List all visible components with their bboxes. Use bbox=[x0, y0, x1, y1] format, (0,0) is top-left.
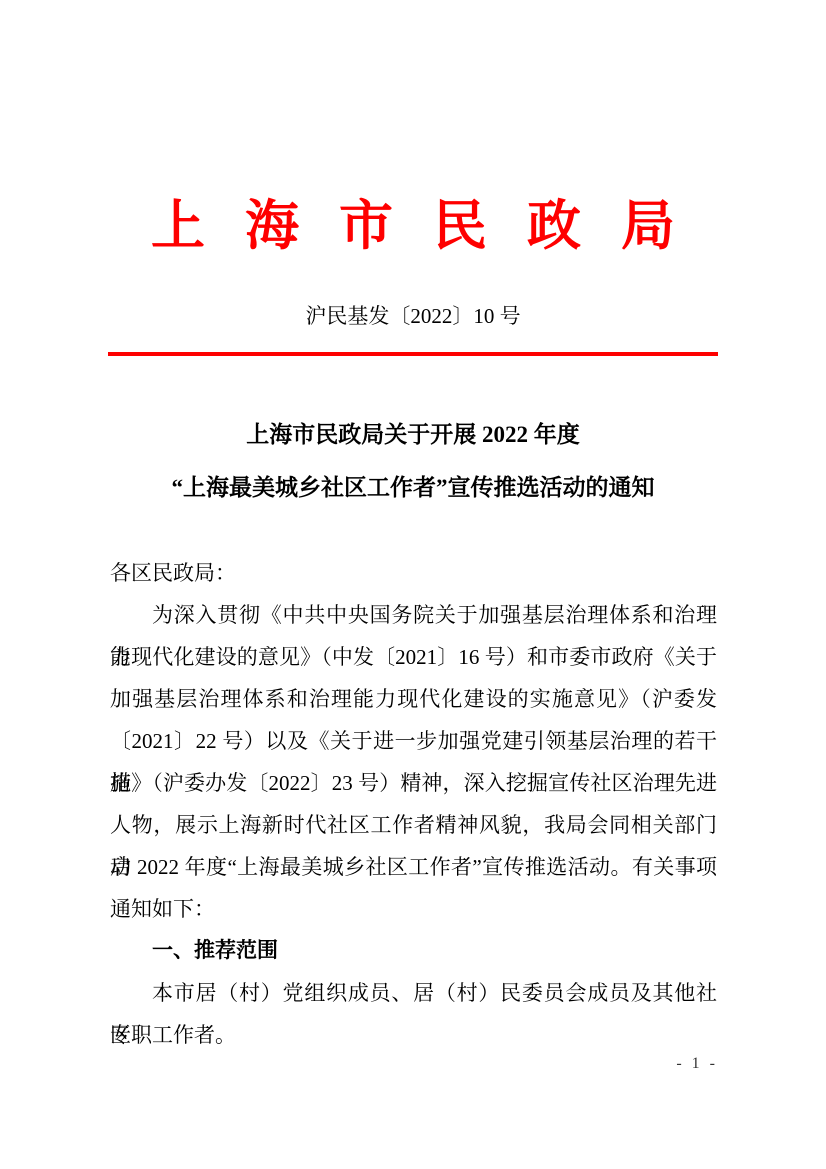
document-title-line-1: 上海市民政局关于开展 2022 年度 bbox=[60, 408, 766, 461]
body-line: 通知如下： bbox=[110, 888, 717, 930]
document-title-line-2: “上海最美城乡社区工作者”宣传推选活动的通知 bbox=[60, 461, 766, 514]
red-divider-line bbox=[108, 352, 718, 356]
body-line: 动 2022 年度“上海最美城乡社区工作者”宣传推选活动。有关事项 bbox=[110, 846, 717, 888]
doc-number: 沪民基发〔2022〕10 号 bbox=[0, 300, 826, 332]
section-heading: 一、推荐范围 bbox=[110, 930, 717, 972]
body-line: 〔2021〕22 号）以及《关于进一步加强党建引领基层治理的若干措 bbox=[110, 720, 717, 762]
document-page: 上海市民政局 沪民基发〔2022〕10 号 上海市民政局关于开展 2022 年度… bbox=[0, 0, 826, 1169]
page-number: - 1 - bbox=[676, 1052, 718, 1076]
body-line: 力现代化建设的意见》（中发〔2021〕16 号）和市委市政府《关于 bbox=[110, 636, 717, 678]
body-line: 本市居（村）党组织成员、居（村）民委员会成员及其他社区 bbox=[110, 972, 717, 1014]
body-line: 人物，展示上海新时代社区工作者精神风貌，我局会同相关部门启 bbox=[110, 804, 717, 846]
document-body: 各区民政局：为深入贯彻《中共中央国务院关于加强基层治理体系和治理能力现代化建设的… bbox=[110, 552, 717, 1056]
body-line: 加强基层治理体系和治理能力现代化建设的实施意见》（沪委发 bbox=[110, 678, 717, 720]
body-line: 各区民政局： bbox=[110, 552, 717, 594]
body-line: 专职工作者。 bbox=[110, 1014, 717, 1056]
document-title: 上海市民政局关于开展 2022 年度 “上海最美城乡社区工作者”宣传推选活动的通… bbox=[60, 408, 766, 514]
body-line: 施》（沪委办发〔2022〕23 号）精神，深入挖掘宣传社区治理先进 bbox=[110, 762, 717, 804]
body-line: 为深入贯彻《中共中央国务院关于加强基层治理体系和治理能 bbox=[110, 594, 717, 636]
agency-header-title: 上海市民政局 bbox=[0, 186, 826, 266]
